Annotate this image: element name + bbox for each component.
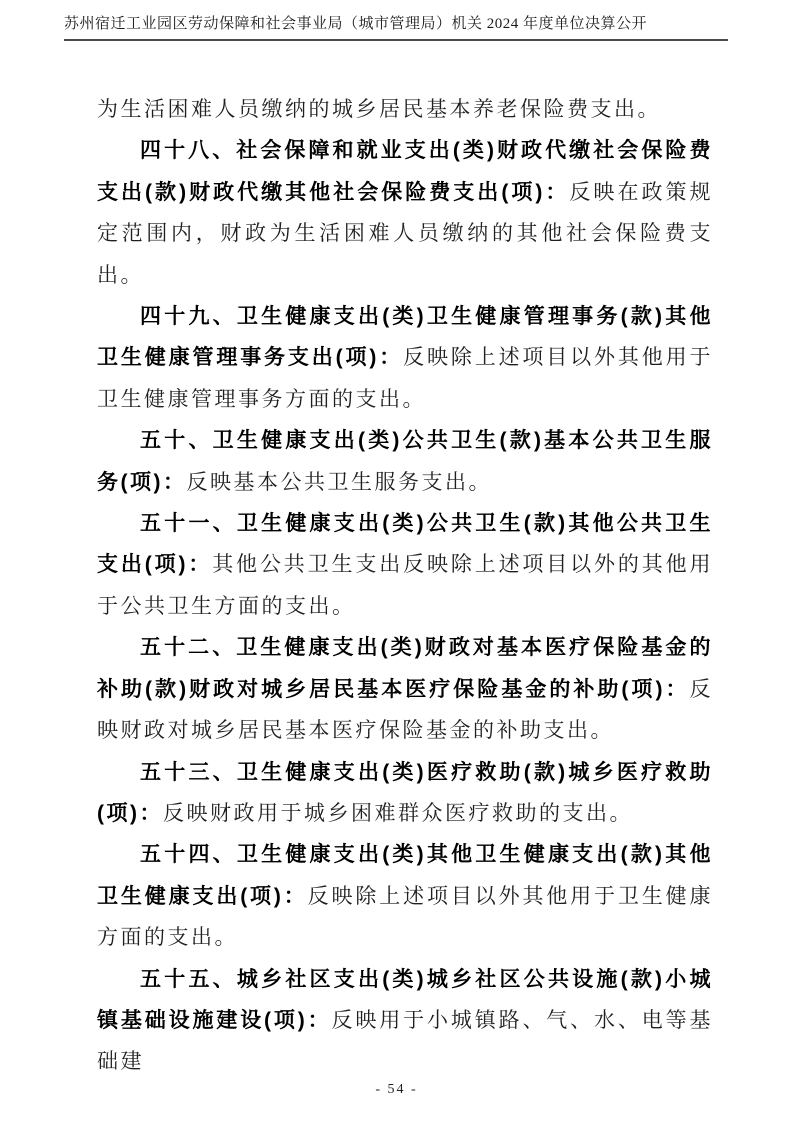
paragraph-lead: 五十二、卫生健康支出(类)财政对基本医疗保险基金的补助(款)财政对城乡居民基本医… <box>97 636 713 700</box>
document-header: 苏州宿迁工业园区劳动保障和社会事业局（城市管理局）机关 2024 年度单位决算公… <box>64 15 728 41</box>
paragraph: 为生活困难人员缴纳的城乡居民基本养老保险费支出。 <box>97 89 713 130</box>
paragraph: 四十八、社会保障和就业支出(类)财政代缴社会保险费支出(款)财政代缴其他社会保险… <box>97 130 713 296</box>
paragraph: 五十三、卫生健康支出(类)医疗救助(款)城乡医疗救助(项)：反映财政用于城乡困难… <box>97 752 713 835</box>
paragraph: 五十四、卫生健康支出(类)其他卫生健康支出(款)其他卫生健康支出(项)：反映除上… <box>97 834 713 958</box>
paragraph: 五十五、城乡社区支出(类)城乡社区公共设施(款)小城镇基础设施建设(项)：反映用… <box>97 959 713 1083</box>
document-body: 为生活困难人员缴纳的城乡居民基本养老保险费支出。 四十八、社会保障和就业支出(类… <box>97 89 713 1083</box>
paragraph-text: 反映基本公共卫生服务支出。 <box>187 470 493 494</box>
page-number: - 54 - <box>375 1082 417 1097</box>
header-rule <box>64 39 728 41</box>
paragraph: 五十二、卫生健康支出(类)财政对基本医疗保险基金的补助(款)财政对城乡居民基本医… <box>97 627 713 751</box>
paragraph: 五十、卫生健康支出(类)公共卫生(款)基本公共卫生服务(项)：反映基本公共卫生服… <box>97 420 713 503</box>
page-footer: - 54 - <box>0 1080 793 1098</box>
paragraph-text: 为生活困难人员缴纳的城乡居民基本养老保险费支出。 <box>97 97 661 121</box>
paragraph: 五十一、卫生健康支出(类)公共卫生(款)其他公共卫生支出(项)：其他公共卫生支出… <box>97 503 713 627</box>
document-page: 苏州宿迁工业园区劳动保障和社会事业局（城市管理局）机关 2024 年度单位决算公… <box>0 0 793 1122</box>
paragraph: 四十九、卫生健康支出(类)卫生健康管理事务(款)其他卫生健康管理事务支出(项)：… <box>97 296 713 420</box>
paragraph-text: 反映财政用于城乡困难群众医疗救助的支出。 <box>163 801 633 825</box>
header-title: 苏州宿迁工业园区劳动保障和社会事业局（城市管理局）机关 2024 年度单位决算公… <box>64 15 728 34</box>
